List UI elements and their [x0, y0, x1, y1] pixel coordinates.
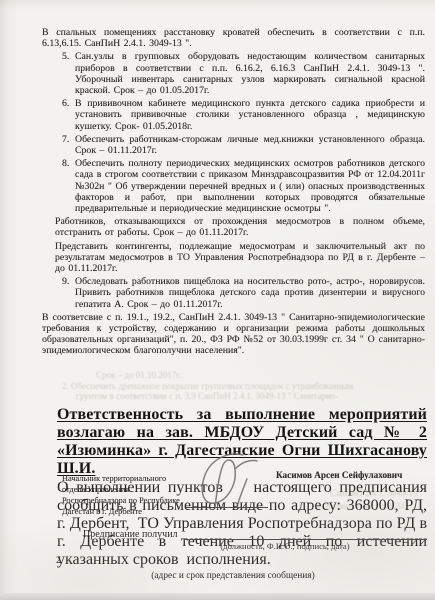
list-item-text: Обеспечить работникам-сторожам личные ме… [75, 134, 425, 156]
list-item-6: 6. В прививочном кабинете медицинского п… [62, 98, 425, 132]
list-item-number: 8. [62, 158, 75, 214]
scan-bottom-edge [0, 593, 435, 600]
list-item-number: 5. [62, 51, 75, 96]
official-title-line: Дагестан в г. Дербенте [62, 507, 180, 518]
list-item-5: 5. Сан.узлы в групповых оборудовать недо… [62, 51, 425, 96]
list-item-9: 9. Обследовать работников пищеблока на н… [62, 276, 425, 310]
list-item-text: В прививочном кабинете медицинского пунк… [75, 98, 425, 132]
official-title-line: Роспотребнадзора по Республике [62, 496, 180, 507]
official-name: Касимов Арсен Сейфулахович [276, 470, 402, 480]
sub-paragraph-medexam-refusal: Работников, отказывающихся от прохождени… [55, 216, 425, 238]
list-item-8: 8. Обеспечить полноту периодических меди… [62, 158, 425, 214]
received-label: Предписание получил [83, 529, 184, 540]
scan-bleedthrough-line: грунтом в соответствии с п. 3.9 СанПиН 2… [76, 391, 338, 401]
official-title-line: отдела Управления [62, 485, 180, 496]
intro-paragraph: В спальных помещениях расстановку кроват… [42, 27, 425, 49]
official-title-line: Начальник территориального [62, 474, 180, 485]
prescription-received-row: Предписание получил [83, 528, 427, 540]
closing-paragraph: В соответсвие с п. 19.1., 19.2., СанПиН … [42, 312, 425, 357]
list-item-number: 6. [62, 98, 75, 132]
address-note: (адрес и срок представления сообщения) [57, 571, 409, 581]
received-caption: (должность, Ф.И.О., подпись, дата) [200, 541, 370, 551]
handwritten-signature [191, 449, 269, 511]
list-item-text: Сан.узлы в групповых оборудовать недоста… [75, 51, 425, 96]
official-title-block: Начальник территориального отдела Управл… [62, 474, 180, 518]
scan-bleedthrough-line: Срок – до 01.10.2017г. [96, 370, 181, 380]
scan-bleedthrough-line: 2. Обеспечить дренажное покрытие группов… [62, 381, 353, 391]
list-item-number: 9. [62, 276, 75, 310]
list-item-text: Обследовать работников пищеблока на носи… [75, 276, 425, 310]
list-item-7: 7. Обеспечить работникам-сторожам личные… [62, 134, 425, 156]
received-fill-line [184, 528, 427, 540]
sub-paragraph-contingents: Представить контингенты, подлежащие медо… [55, 241, 425, 275]
list-item-number: 7. [62, 134, 75, 156]
page-number: 2 [56, 556, 61, 566]
list-item-text: Обеспечить полноту периодических медицин… [75, 158, 425, 214]
